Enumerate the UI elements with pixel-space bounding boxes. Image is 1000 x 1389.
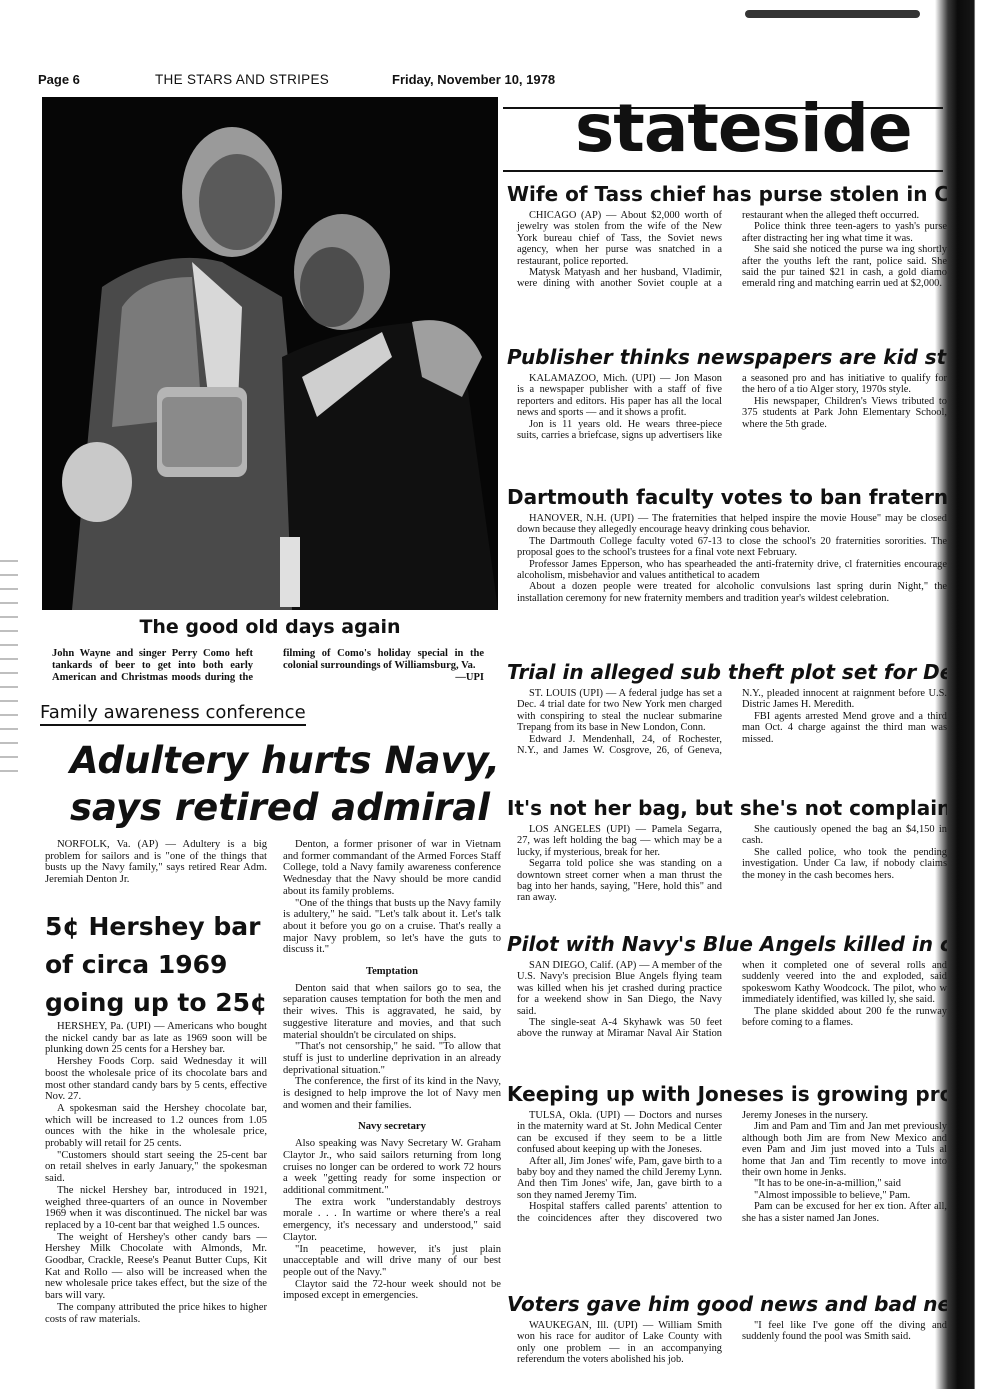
story-body: CHICAGO (AP) — About $2,000 worth of jew…: [507, 210, 947, 290]
lead-headline-line-1: Adultery hurts Navy,: [70, 737, 500, 784]
newspaper-name: THE STARS AND STRIPES: [155, 72, 329, 87]
section-title: stateside: [575, 84, 912, 174]
story-headline: Pilot with Navy's Blue Angels killed in …: [507, 932, 947, 957]
lead-headline-line-2: says retired admiral: [70, 784, 500, 831]
story-dartmouth-fraternities: Dartmouth faculty votes to ban fraternit…: [507, 485, 947, 604]
story-body: LOS ANGELES (UPI) — Pamela Segarra, 27, …: [507, 824, 947, 904]
story-paragraph: "I feel like I've gone off the diving an…: [742, 1320, 947, 1343]
scan-artifact-left: [0, 560, 18, 780]
lead-story-column-1: NORFOLK, Va. (AP) — Adultery is a big pr…: [45, 839, 267, 886]
story-not-her-bag: It's not her bag, but she's not complain…: [507, 796, 947, 904]
hershey-paragraph: The nickel Hershey bar, introduced in 19…: [45, 1185, 267, 1232]
story-paragraph: LOS ANGELES (UPI) — Pamela Segarra, 27, …: [517, 824, 722, 858]
story-paragraph: She cautiously opened the bag an $4,150 …: [742, 824, 947, 847]
story-paragraph: SAN DIEGO, Calif. (AP) — A member of the…: [517, 960, 722, 1017]
story-headline: Dartmouth faculty votes to ban fraternit…: [507, 485, 947, 510]
hershey-paragraph: The weight of Hershey's other candy bars…: [45, 1232, 267, 1302]
story-headline: Trial in alleged sub theft plot set for …: [507, 660, 947, 685]
lead-story-headline: Adultery hurts Navy, says retired admira…: [70, 737, 500, 831]
story-headline: Publisher thinks newspapers are kid stuf…: [507, 345, 947, 370]
story-paragraph: She called police, who took the pending …: [742, 847, 947, 881]
hershey-paragraph: HERSHEY, Pa. (UPI) — Americans who bough…: [45, 1021, 267, 1056]
hershey-headline-line-1: 5¢ Hershey bar: [45, 908, 270, 946]
hershey-headline-line-3: going up to 25¢: [45, 984, 270, 1022]
section-rule-bottom: [503, 170, 943, 172]
lead-paragraph: Denton said that when sailors go to sea,…: [283, 983, 501, 1042]
hershey-story-body: HERSHEY, Pa. (UPI) — Americans who bough…: [45, 1021, 267, 1325]
photo-caption-text: John Wayne and singer Perry Como heft ta…: [52, 648, 484, 683]
page-number: Page 6: [38, 72, 80, 87]
story-paragraph: Segarra told police she was standing on …: [517, 858, 722, 904]
story-paragraph: After all, Jim Jones' wife, Pam, gave bi…: [517, 1156, 722, 1202]
lead-paragraph: Denton, a former prisoner of war in Viet…: [283, 839, 501, 898]
hershey-paragraph: The company attributed the price hikes t…: [45, 1302, 267, 1325]
story-paragraph: Jim and Pam and Tim and Jan met previous…: [742, 1121, 947, 1178]
story-tass-purse: Wife of Tass chief has purse stolen in C…: [507, 182, 947, 290]
lead-paragraph: "One of the things that busts up the Nav…: [283, 898, 501, 957]
photo-credit: —UPI: [455, 672, 484, 684]
story-body: KALAMAZOO, Mich. (UPI) — Jon Mason is a …: [507, 373, 947, 441]
story-body: SAN DIEGO, Calif. (AP) — A member of the…: [507, 960, 947, 1040]
story-paragraph: Pam can be excused for her ex tion. Afte…: [742, 1201, 947, 1224]
lead-paragraph: NORFOLK, Va. (AP) — Adultery is a big pr…: [45, 839, 267, 886]
photo-caption: John Wayne and singer Perry Como heft ta…: [52, 648, 484, 683]
lead-paragraph: Claytor said the 72-hour week should not…: [283, 1279, 501, 1302]
story-paragraph: The Dartmouth College faculty voted 67-1…: [517, 536, 947, 559]
story-paragraph: WAUKEGAN, Ill. (UPI) — William Smith won…: [517, 1320, 722, 1366]
story-paragraph: FBI agents arrested Mend grove and a thi…: [742, 711, 947, 745]
story-paragraph: CHICAGO (AP) — About $2,000 worth of jew…: [517, 210, 722, 267]
hershey-headline: 5¢ Hershey bar of circa 1969 going up to…: [45, 908, 270, 1022]
story-body: HANOVER, N.H. (UPI) — The fraternities t…: [507, 513, 947, 604]
photo-caption-title: The good old days again: [42, 616, 498, 638]
story-paragraph: HANOVER, N.H. (UPI) — The fraternities t…: [517, 513, 947, 536]
story-paragraph: "Almost impossible to believe," Pam.: [742, 1190, 947, 1201]
issue-date: Friday, November 10, 1978: [392, 72, 555, 87]
story-paragraph: Police think three teen-agers to yash's …: [742, 221, 947, 244]
story-paragraph: TULSA, Okla. (UPI) — Doctors and nurses …: [517, 1110, 722, 1156]
story-headline: Wife of Tass chief has purse stolen in C…: [507, 182, 947, 207]
hershey-headline-line-2: of circa 1969: [45, 946, 270, 984]
story-paragraph: KALAMAZOO, Mich. (UPI) — Jon Mason is a …: [517, 373, 722, 419]
hershey-paragraph: "Customers should start seeing the 25-ce…: [45, 1150, 267, 1185]
news-photo: [42, 97, 498, 610]
story-sub-theft-trial: Trial in alleged sub theft plot set for …: [507, 660, 947, 756]
story-paragraph: His newspaper, Children's Views tributed…: [742, 396, 947, 430]
story-voters-good-bad-news: Voters gave him good news and bad news W…: [507, 1292, 947, 1366]
subhead-temptation: Temptation: [283, 966, 501, 978]
lead-paragraph: The conference, the first of its kind in…: [283, 1076, 501, 1111]
hershey-paragraph: Hershey Foods Corp. said Wednesday it wi…: [45, 1056, 267, 1103]
story-paragraph: ST. LOUIS (UPI) — A federal judge has se…: [517, 688, 722, 734]
story-kid-publisher: Publisher thinks newspapers are kid stuf…: [507, 345, 947, 441]
story-paragraph: She said she noticed the purse wa ing sh…: [742, 244, 947, 290]
lead-paragraph: Also speaking was Navy Secretary W. Grah…: [283, 1138, 501, 1197]
story-headline: Voters gave him good news and bad news: [507, 1292, 947, 1317]
story-paragraph: Professor James Epperson, who has spearh…: [517, 559, 947, 582]
hershey-paragraph: A spokesman said the Hershey chocolate b…: [45, 1103, 267, 1150]
story-headline: Keeping up with Joneses is growing probl…: [507, 1082, 947, 1107]
lead-paragraph: "In peacetime, however, it's just plain …: [283, 1244, 501, 1279]
story-paragraph: The plane skidded about 200 fe the runwa…: [742, 1006, 947, 1029]
lead-paragraph: The extra work "understandably destroys …: [283, 1197, 501, 1244]
page-binding-edge: [935, 0, 1000, 1389]
story-paragraph: About a dozen people were treated for al…: [517, 581, 947, 604]
subhead-navy-secretary: Navy secretary: [283, 1121, 501, 1133]
story-body: WAUKEGAN, Ill. (UPI) — William Smith won…: [507, 1320, 947, 1366]
photo-john-wayne-perry-como-icon: [42, 97, 498, 610]
story-joneses: Keeping up with Joneses is growing probl…: [507, 1082, 947, 1224]
story-blue-angels-crash: Pilot with Navy's Blue Angels killed in …: [507, 932, 947, 1040]
lead-story-column-2: Denton, a former prisoner of war in Viet…: [283, 839, 501, 1302]
lead-paragraph: "That's not censorship," he said. "To al…: [283, 1041, 501, 1076]
story-body: ST. LOUIS (UPI) — A federal judge has se…: [507, 688, 947, 756]
story-paragraph: "It has to be one-in-a-million," said: [742, 1178, 947, 1189]
story-body: TULSA, Okla. (UPI) — Doctors and nurses …: [507, 1110, 947, 1224]
scan-artifact-top: [745, 10, 920, 18]
lead-story-kicker: Family awareness conference: [40, 702, 306, 726]
story-headline: It's not her bag, but she's not complain…: [507, 796, 947, 821]
